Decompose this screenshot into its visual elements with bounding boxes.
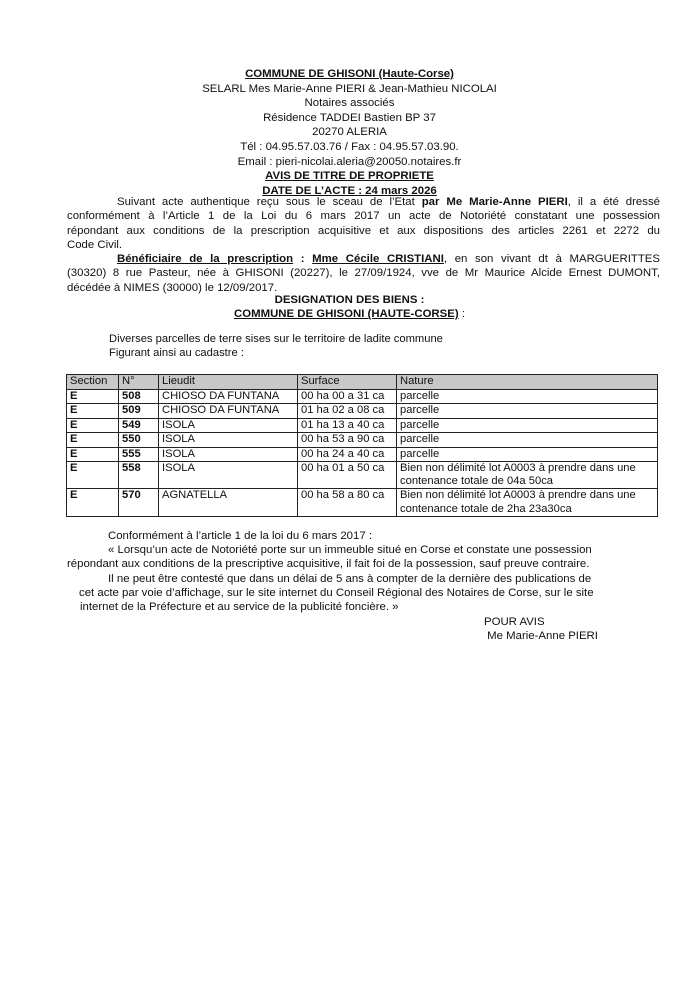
cell-section: E (67, 461, 119, 488)
cell-section: E (67, 404, 119, 418)
description-line-1: Diverses parcelles de terre sises sur le… (109, 333, 443, 347)
header-number: N° (119, 375, 159, 390)
intro-line-3: répondant aux conditions de la prescript… (67, 224, 660, 238)
header-surface: Surface (298, 375, 397, 390)
cell-surface: 00 ha 24 a 40 ca (298, 447, 397, 461)
cell-lieudit: AGNATELLA (159, 489, 298, 516)
firm-role: Notaires associés (0, 96, 699, 111)
designation-title: DESIGNATION DES BIENS : (0, 293, 699, 307)
cell-lieudit: CHIOSO DA FUNTANA (159, 390, 298, 404)
cell-nature: parcelle (397, 390, 658, 404)
cell-surface: 00 ha 53 a 90 ca (298, 433, 397, 447)
table-row: E 549 ISOLA 01 ha 13 a 40 ca parcelle (67, 418, 658, 432)
commune-title: COMMUNE DE GHISONI (Haute-Corse) (0, 67, 699, 82)
cell-number: 549 (119, 418, 159, 432)
email: Email : pieri-nicolai.aleria@20050.notai… (0, 155, 699, 170)
law-intro: Conformément à l’article 1 de la loi du … (67, 529, 660, 543)
designation-commune-suffix: : (459, 308, 465, 320)
header-lieudit: Lieudit (159, 375, 298, 390)
cell-section: E (67, 433, 119, 447)
cell-nature: parcelle (397, 418, 658, 432)
cell-lieudit: ISOLA (159, 418, 298, 432)
header-section: Section (67, 375, 119, 390)
notice-page: COMMUNE DE GHISONI (Haute-Corse) SELARL … (0, 0, 699, 989)
designation-commune: COMMUNE DE GHISONI (HAUTE-CORSE) (234, 308, 459, 320)
cell-lieudit: ISOLA (159, 433, 298, 447)
firm-name: SELARL Mes Marie-Anne PIERI & Jean-Mathi… (0, 82, 699, 97)
cell-surface: 01 ha 13 a 40 ca (298, 418, 397, 432)
header-nature: Nature (397, 375, 658, 390)
intro-text-b: , il a été dressé (568, 196, 660, 208)
cell-surface: 00 ha 00 a 31 ca (298, 390, 397, 404)
cell-nature: parcelle (397, 433, 658, 447)
law-line-2: répondant aux conditions de la prescript… (67, 557, 660, 571)
intro-paragraph: Suivant acte authentique reçu sous le sc… (67, 195, 660, 253)
law-line-3: Il ne peut être contesté que dans un dél… (67, 572, 660, 586)
cell-surface: 01 ha 02 a 08 ca (298, 404, 397, 418)
beneficiary-separator: : (293, 253, 312, 265)
cell-number: 509 (119, 404, 159, 418)
beneficiary-line-2: (30320) 8 rue Pasteur, née à GHISONI (20… (67, 266, 660, 280)
table-row: E 508 CHIOSO DA FUNTANA 00 ha 00 a 31 ca… (67, 390, 658, 404)
description-line-2: Figurant ainsi au cadastre : (109, 347, 443, 361)
signature-block: POUR AVIS Me Marie-Anne PIERI (484, 615, 598, 644)
address-line-1: Résidence TADDEI Bastien BP 37 (0, 111, 699, 126)
beneficiary-residence: , en son vivant dt à MARGUERITTES (444, 253, 660, 265)
designation-description: Diverses parcelles de terre sises sur le… (109, 333, 443, 360)
cell-section: E (67, 418, 119, 432)
intro-text-a: Suivant acte authentique reçu sous le sc… (117, 196, 422, 208)
designation-heading: DESIGNATION DES BIENS : COMMUNE DE GHISO… (0, 293, 699, 322)
table-row: E 558 ISOLA 00 ha 01 a 50 ca Bien non dé… (67, 461, 658, 488)
notice-title: AVIS DE TITRE DE PROPRIETE (0, 169, 699, 184)
cell-number: 550 (119, 433, 159, 447)
cell-nature: parcelle (397, 404, 658, 418)
signature-name: Me Marie-Anne PIERI (484, 629, 598, 643)
cell-nature: parcelle (397, 447, 658, 461)
table-header-row: Section N° Lieudit Surface Nature (67, 375, 658, 390)
law-line-5: internet de la Préfecture et au service … (67, 600, 660, 614)
address-line-2: 20270 ALERIA (0, 125, 699, 140)
signature-pour-avis: POUR AVIS (484, 615, 598, 629)
intro-line-4: Code Civil. (67, 238, 660, 252)
cell-lieudit: ISOLA (159, 461, 298, 488)
cell-section: E (67, 447, 119, 461)
cell-number: 570 (119, 489, 159, 516)
cell-number: 558 (119, 461, 159, 488)
beneficiary-label: Bénéficiaire de la prescription (117, 253, 293, 265)
table-row: E 555 ISOLA 00 ha 24 a 40 ca parcelle (67, 447, 658, 461)
table-row: E 570 AGNATELLA 00 ha 58 a 80 ca Bien no… (67, 489, 658, 516)
cell-section: E (67, 489, 119, 516)
table-row: E 550 ISOLA 00 ha 53 a 90 ca parcelle (67, 433, 658, 447)
cadastre-table: Section N° Lieudit Surface Nature E 508 … (66, 374, 658, 517)
law-line-1: « Lorsqu’un acte de Notoriété porte sur … (67, 543, 660, 557)
letterhead: COMMUNE DE GHISONI (Haute-Corse) SELARL … (0, 67, 699, 198)
cell-surface: 00 ha 58 a 80 ca (298, 489, 397, 516)
intro-line-2: conformément à l’Article 1 de la Loi du … (67, 209, 660, 223)
table-row: E 509 CHIOSO DA FUNTANA 01 ha 02 a 08 ca… (67, 404, 658, 418)
cell-number: 555 (119, 447, 159, 461)
cell-surface: 00 ha 01 a 50 ca (298, 461, 397, 488)
cell-number: 508 (119, 390, 159, 404)
beneficiary-paragraph: Bénéficiaire de la prescription : Mme Cé… (67, 252, 660, 295)
cell-section: E (67, 390, 119, 404)
cell-nature: Bien non délimité lot A0003 à prendre da… (397, 489, 658, 516)
cell-nature: Bien non délimité lot A0003 à prendre da… (397, 461, 658, 488)
law-citation: Conformément à l’article 1 de la loi du … (67, 529, 660, 614)
cell-lieudit: CHIOSO DA FUNTANA (159, 404, 298, 418)
notary-name: par Me Marie-Anne PIERI (422, 196, 568, 208)
beneficiary-name: Mme Cécile CRISTIANI (312, 253, 444, 265)
cell-lieudit: ISOLA (159, 447, 298, 461)
law-line-4: cet acte par voie d’affichage, sur le si… (67, 586, 660, 600)
phone-fax: Tél : 04.95.57.03.76 / Fax : 04.95.57.03… (0, 140, 699, 155)
